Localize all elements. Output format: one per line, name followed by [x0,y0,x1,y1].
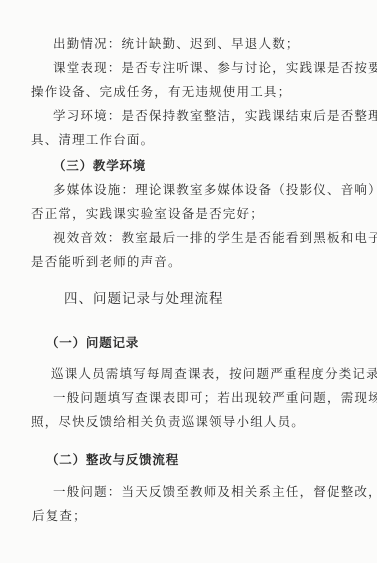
section-heading-problem-record: （一）问题记录 [46,335,139,351]
chapter-heading-problem-recording: 四、问题记录与处理流程 [64,291,224,307]
paragraph-general-issue-feedback: 一般问题：当天反馈至教师及相关系主任，督促整改，1 周 [53,484,353,500]
paragraph-multimedia: 多媒体设施：理论课教室多媒体设备（投影仪、音响）是 [53,182,353,198]
paragraph-classroom-performance-cont: 操作设备、完成任务，有无违规使用工具； [31,84,291,100]
paragraph-learning-environment: 学习环境：是否保持教室整洁，实践课结束后是否整理工 [53,108,353,124]
paragraph-learning-environment-cont: 具、清理工作台面。 [31,132,154,148]
section-heading-teaching-environment: （三）教学环境 [53,158,146,174]
paragraph-classroom-performance: 课堂表现：是否专注听课、参与讨论，实践课是否按要求 [53,60,353,76]
paragraph-general-issue-feedback-cont: 后复查； [32,508,87,524]
paragraph-audiovisual: 视效音效：教室最后一排的学生是否能看到黑板和电子屏， [53,230,353,246]
paragraph-multimedia-cont: 否正常，实践课实验室设备是否完好； [31,206,264,222]
paragraph-general-problems-cont: 照，尽快反馈给相关负责巡课领导小组人员。 [31,414,305,430]
paragraph-general-problems: 一般问题填写查课表即可；若出现较严重问题，需现场拍 [53,390,353,406]
paragraph-audiovisual-cont: 是否能听到老师的声音。 [31,254,182,270]
section-heading-rectification-feedback: （二）整改与反馈流程 [46,452,179,468]
paragraph-weekly-inspection: 巡课人员需填写每周查课表，按问题严重程度分类记录： [51,366,351,382]
paragraph-attendance: 出勤情况：统计缺勤、迟到、早退人数； [53,36,300,52]
